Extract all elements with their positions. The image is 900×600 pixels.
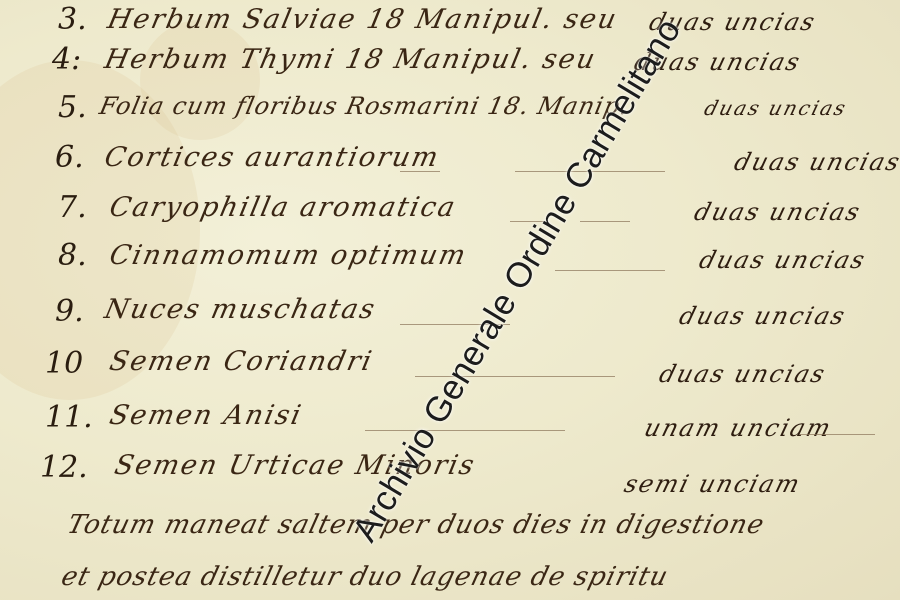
leader-dash [555, 270, 665, 271]
item-text: Cinnamomum optimum [107, 240, 470, 271]
item-number: 3. [58, 2, 87, 37]
item-number: 8. [58, 238, 87, 273]
item-quantity: duas uncias [696, 246, 869, 274]
item-text: Caryophilla aromatica [107, 192, 460, 223]
item-text: Herbum Salviae 18 Manipul. seu [105, 4, 621, 35]
leader-dash [580, 221, 630, 222]
manuscript-page: 3. Herbum Salviae 18 Manipul. seu duas u… [0, 0, 900, 600]
item-text: Folia cum floribus Rosmarini 18. Manip. [97, 92, 632, 120]
item-text: Semen Anisi [107, 400, 306, 431]
list-item: 5. Folia cum floribus Rosmarini 18. Mani… [0, 86, 900, 136]
item-number: 4: [52, 42, 81, 77]
item-number: 9. [55, 294, 84, 329]
list-item: 6. Cortices aurantiorum duas uncias [0, 136, 900, 186]
list-item: 8. Cinnamomum optimum duas uncias [0, 232, 900, 282]
leader-dash [800, 434, 875, 435]
item-number: 11. [45, 400, 93, 435]
item-text: Semen Coriandri [107, 346, 376, 377]
item-text: Herbum Thymi 18 Manipul. seu [102, 44, 600, 75]
item-quantity: duas uncias [656, 360, 829, 388]
item-quantity: unam unciam [641, 414, 835, 442]
item-number: 6. [55, 140, 84, 175]
leader-dash [400, 171, 440, 172]
item-quantity: duas uncias [702, 96, 850, 120]
list-item: 12. Semen Urticae Minoris semi unciam [0, 446, 900, 496]
item-text: Nuces muschatas [102, 294, 379, 325]
item-quantity: duas uncias [691, 198, 864, 226]
item-number: 10 [45, 346, 83, 381]
item-quantity: semi unciam [621, 470, 804, 498]
item-number: 7. [58, 190, 87, 225]
item-number: 5. [58, 90, 87, 125]
item-number: 12. [40, 450, 88, 485]
closing-line: et postea distilletur duo lagenae de spi… [58, 562, 671, 592]
leader-dash [365, 430, 565, 431]
closing-line: Totum maneat saltem per duos dies in dig… [64, 510, 768, 540]
list-item: 4: Herbum Thymi 18 Manipul. seu duas unc… [0, 38, 900, 88]
list-item: 7. Caryophilla aromatica duas uncias [0, 186, 900, 236]
item-quantity: duas uncias [676, 302, 849, 330]
list-item: 9. Nuces muschatas duas uncias [0, 290, 900, 340]
item-quantity: duas uncias [731, 148, 900, 176]
item-text: Cortices aurantiorum [102, 142, 443, 173]
